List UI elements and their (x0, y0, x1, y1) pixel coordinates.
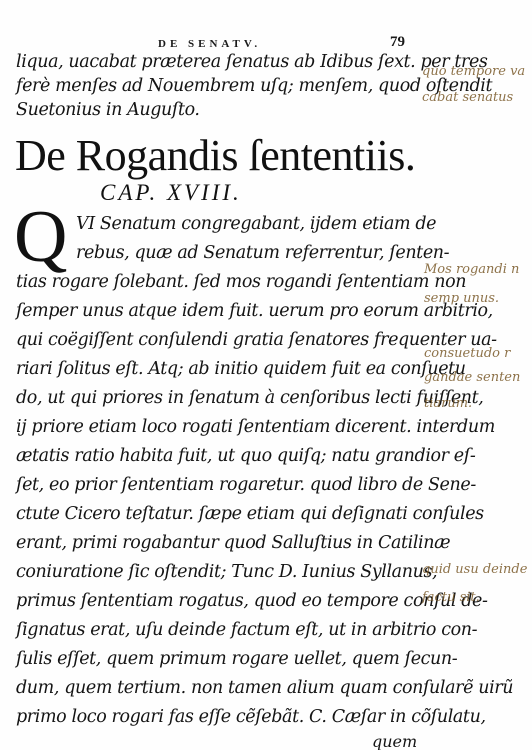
body-line: ӕtatis ratio habita fuit, ut quo quiſq; … (16, 446, 475, 466)
body-line: ſet, eo prior ſententiam rogaretur. quod… (16, 475, 476, 495)
marginal-note: cabat senatus (422, 90, 513, 105)
page-number: 79 (390, 34, 405, 51)
drop-cap-initial: Q (14, 200, 67, 274)
body-line: riari ſolitus eſt. Atq; ab initio quidem… (16, 359, 466, 379)
body-line: ctute Cicero teſtatur. ſӕpe etiam qui de… (16, 504, 484, 524)
body-line: ſemper unus atque idem fuit. uerum pro e… (16, 301, 493, 321)
book-page: DE SENATV. 79 liqua, uacabat prӕterea ſe… (0, 0, 532, 750)
marginal-note: factu sit. (422, 590, 480, 605)
intro-line: liqua, uacabat prӕterea ſenatus ab Idibu… (16, 52, 488, 72)
body-line: coniuratione ſic oſtendit; Tunc D. Iuniu… (16, 562, 437, 582)
body-line: rebus, quӕ ad Senatum referrentur, ſente… (76, 243, 449, 263)
body-line: do, ut qui priores in ſenatum à cenſorib… (16, 388, 483, 408)
catchword: quem (372, 732, 417, 750)
marginal-note: gandae senten (424, 370, 520, 385)
marginal-note: quo tempore va (422, 64, 525, 79)
body-line: ſignatus erat, uſu deinde factum eſt, ut… (16, 620, 477, 640)
body-line: primus ſententiam rogatus, quod eo tempo… (16, 591, 488, 611)
marginal-note: Mos rogandi n (424, 262, 519, 277)
marginal-note: quid usu deinde (422, 562, 527, 577)
intro-line: Suetonius in Auguſto. (16, 100, 200, 120)
body-line: ij priore etiam loco rogati ſententiam d… (16, 417, 495, 437)
marginal-note: semp unus. (424, 291, 499, 306)
marginal-note: tiarum. (424, 396, 472, 411)
chapter-number: CAP. XVIII. (100, 180, 242, 206)
body-line: dum, quem tertium. non tamen alium quam … (16, 678, 513, 698)
marginal-note: consuetudo r (424, 346, 510, 361)
body-line: primo loco rogari fas eſſe cẽſebãt. C. C… (16, 707, 486, 727)
intro-line: ferè menſes ad Nouembrem uſq; menſem, qu… (16, 76, 492, 96)
body-line: erant, primi rogabantur quod Salluſtius … (16, 533, 450, 553)
running-head: DE SENATV. (158, 38, 261, 50)
body-line: VI Senatum congregabant, ijdem etiam de (76, 214, 436, 234)
chapter-title: De Rogandis ſententiis. (15, 130, 415, 181)
body-line: tias rogare ſolebant. ſed mos rogandi ſe… (16, 272, 466, 292)
body-line: ſulis eſſet, quem primum rogare uellet, … (16, 649, 457, 669)
